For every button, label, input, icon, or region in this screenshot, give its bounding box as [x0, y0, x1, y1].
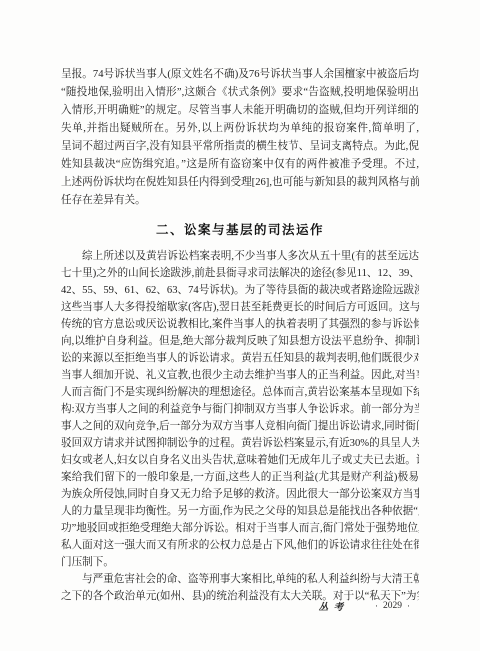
text-line: 上述两份诉状均在倪姓知县任内得到受理[26],也可能与新知县的裁判风格与前 [61, 174, 419, 192]
text-line: 驳回双方请求并试图抑制讼争的过程。黄岩诉讼档案显示,有近30%的具呈人为 [61, 435, 419, 452]
text-line: 呈报。74号诉状当事人(原文姓名不确)及76号诉状当事人余国檀家中被盗后均 [61, 66, 419, 84]
text-line: 呈词不超过两百字,没有知县平常所指责的横生枝节、呈词支离特点。为此,倪 [61, 138, 419, 156]
paragraph-lines: 呈报。74号诉状当事人(原文姓名不确)及76号诉状当事人余国檀家中被盗后均“随投… [61, 66, 419, 192]
text-line: 传统的官方息讼或厌讼说教相比,案件当事人的执着表明了其强烈的参与诉讼倾 [61, 316, 419, 333]
running-title: 丛考 [319, 599, 349, 613]
page-number: · 2029 · [375, 601, 410, 611]
text-line: 当事人细加开说、礼义宣教,也很少主动去维护当事人的正当利益。因此,对当事 [61, 367, 419, 384]
text-line: 人而言衙门不是实现纠纷解决的理想途径。总体而言,黄岩讼案基本呈现如下结 [61, 384, 419, 401]
text-line: 门压制下。 [61, 554, 419, 571]
section-heading: 二、讼案与基层的司法运作 [61, 220, 419, 238]
text-line: 私人面对这一强大而又有所求的公权力总是占下风,他们的诉讼请求往往处在衙 [61, 537, 419, 554]
text-line: 综上所述以及黄岩诉讼档案表明,不少当事人多次从五十里(有的甚至远达 [61, 248, 419, 265]
text-line: 事人之间的双向竞争,后一部分为双方当事人竞相向衙门提出诉讼请求,同时衙门 [61, 418, 419, 435]
page-footer: 丛考 · 2029 · [61, 599, 410, 613]
text-line: 为族众所侵蚀,同时自身又无力给予足够的救济。因此很大一部分讼案双方当事 [61, 486, 419, 503]
text-line: 七十里)之外的山间长途跋涉,前赴县衙寻求司法解决的途径(参见11、12、39、4… [61, 265, 419, 282]
text-line: 这些当事人大多得投缩歇家(客店),翌日甚至耗费更长的时间后方可返回。这与 [61, 299, 419, 316]
text-line: 向,以维护自身利益。但是,绝大部分裁判反映了知县想方设法平息纷争、抑制诉 [61, 333, 419, 350]
page-number-dot-right: · [407, 602, 410, 611]
page-content: 呈报。74号诉状当事人(原文姓名不确)及76号诉状当事人余国檀家中被盗后均“随投… [61, 66, 419, 605]
page-number-value: 2029 [383, 601, 402, 611]
book-page: 呈报。74号诉状当事人(原文姓名不确)及76号诉状当事人余国檀家中被盗后均“随投… [0, 0, 480, 651]
text-line: 讼的来源以至拒绝当事人的诉讼请求。黄岩五任知县的裁判表明,他们既很少对 [61, 350, 419, 367]
text-line: 失单,并指出疑贼所在。另外,以上两份诉状均为单纯的报窃案件,简单明了, [61, 120, 419, 138]
text-line: 功”地驳回或拒绝受理绝大部分诉讼。相对于当事人而言,衙门常处于强势地位, [61, 520, 419, 537]
page-number-dot-left: · [375, 602, 378, 611]
text-line: 入情形,开明确赃”的规定。尽管当事人未能开明确切的盗贼,但均开列详细的 [61, 102, 419, 120]
text-line: 案给我们留下的一般印象是,一方面,这些人的正当利益(尤其是财产利益)极易 [61, 469, 419, 486]
paragraph-continuation: 呈报。74号诉状当事人(原文姓名不确)及76号诉状当事人余国檀家中被盗后均“随投… [61, 66, 419, 210]
text-line: 任存在差异有关。 [61, 192, 419, 210]
text-line: 42、55、59、61、62、63、74号诉状)。为了等待县衙的裁决或者路途险远… [61, 282, 419, 299]
text-line: “随投地保,验明出入情形”,这颇合《状式条例》要求“告盗贼,投明地保验明出 [61, 84, 419, 102]
text-line: 姓知县裁决“应饬缉究追。”这是所有盗窃案中仅有的两件被准予受理。不过, [61, 156, 419, 174]
text-line: 妇女或老人,妇女以自身名义出头告状,意味着她们无成年儿子或丈夫已去逝。讼 [61, 452, 419, 469]
paragraph-lines: 七十里)之外的山间长途跋涉,前赴县衙寻求司法解决的途径(参见11、12、39、4… [61, 265, 419, 554]
text-line: 与严重危害社会的命、盗等刑事大案相比,单纯的私人利益纠纷与大清王朝 [61, 571, 419, 588]
text-line: 人的力量呈现非均衡性。另一方面,作为民之父母的知县总是能找出各种依据“成 [61, 503, 419, 520]
text-line: 构:双方当事人之间的利益竞争与衙门抑制双方当事人争讼诉求。前一部分为当 [61, 401, 419, 418]
paragraph-main: 综上所述以及黄岩诉讼档案表明,不少当事人多次从五十里(有的甚至远达 七十里)之外… [61, 248, 419, 571]
